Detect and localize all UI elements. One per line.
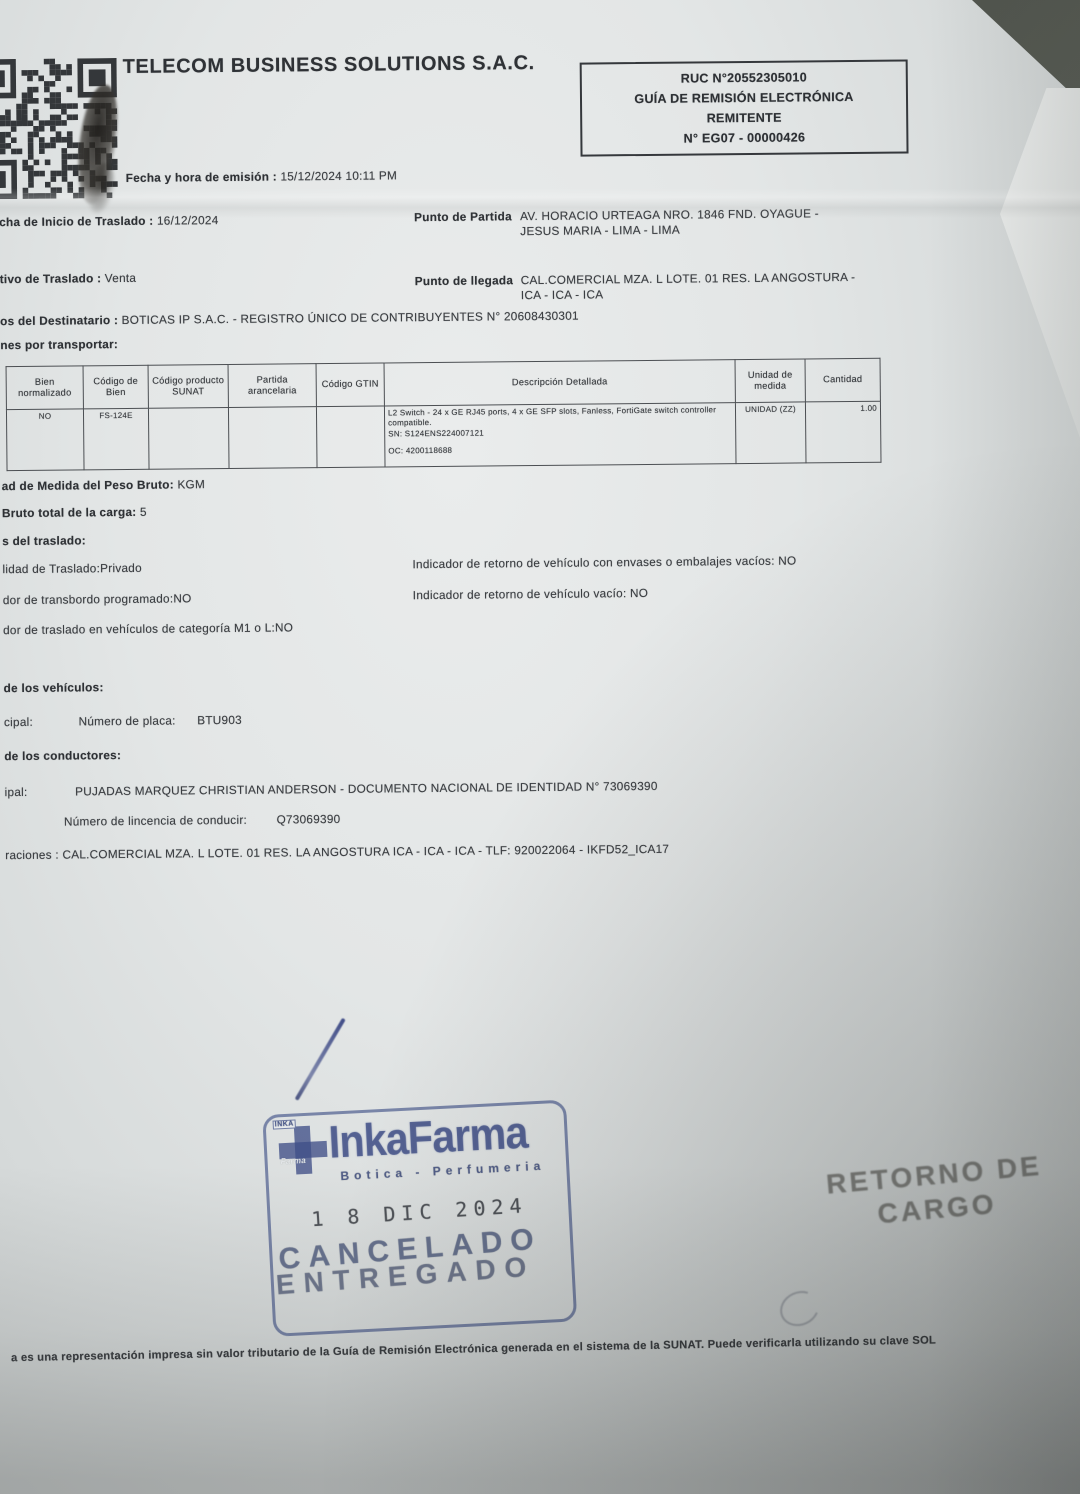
- cell-codigo-sunat: [148, 407, 229, 469]
- field-inicio-traslado: cha de Inicio de Traslado : 16/12/2024: [0, 213, 219, 229]
- column-header: Partida arancelaria: [228, 364, 316, 408]
- column-header: Descripción Detallada: [384, 360, 735, 406]
- cell-codigo-bien: FS-124E: [83, 408, 149, 470]
- field-destinatario: os del Destinatario : BOTICAS IP S.A.C. …: [0, 309, 579, 329]
- cell-codigo-gtin: [316, 406, 385, 468]
- doc-id-box: RUC N°20552305010 GUÍA DE REMISIÓN ELECT…: [580, 59, 909, 156]
- pen-stroke: [295, 1018, 346, 1101]
- photo-of-document: TELECOM BUSINESS SOLUTIONS S.A.C. RUC N°…: [0, 0, 1080, 1494]
- inkafarma-stamp: INKA Farma InkaFarma Botica - Perfumeria…: [262, 1100, 577, 1337]
- punto-partida-value: AV. HORACIO URTEAGA NRO. 1846 FND. OYAGU…: [520, 206, 860, 239]
- column-header: Código GTIN: [316, 363, 384, 407]
- cell-descripcion: L2 Switch - 24 x GE RJ45 ports, 4 x GE S…: [384, 403, 736, 467]
- stamp-wordmark: InkaFarma: [327, 1107, 528, 1169]
- document: TELECOM BUSINESS SOLUTIONS S.A.C. RUC N°…: [0, 0, 1080, 1494]
- field-observaciones: raciones : CAL.COMERCIAL MZA. L LOTE. 01…: [5, 842, 669, 862]
- emission-line: Fecha y hora de emisión : 15/12/2024 10:…: [126, 168, 397, 185]
- column-header: Cantidad: [805, 358, 880, 402]
- goods-table: Bien normalizado Código de Bien Código p…: [6, 358, 882, 471]
- company-name: TELECOM BUSINESS SOLUTIONS S.A.C.: [123, 52, 535, 79]
- stamp-logo-farma: Farma: [280, 1156, 306, 1166]
- field-retorno-vacio: Indicador de retorno de vehículo vacío: …: [413, 586, 649, 602]
- column-header: Código producto SUNAT: [148, 364, 228, 408]
- field-peso-total: Bruto total de la carga: 5: [2, 505, 147, 520]
- descripcion-line2: SN: S124ENS224007121: [388, 426, 732, 440]
- section-datos-traslado: s del traslado:: [2, 533, 86, 548]
- field-categoria-m1: dor de traslado en vehículos de categorí…: [3, 620, 293, 637]
- column-header: Unidad de medida: [735, 359, 805, 403]
- doc-number: N° EG07 - 00000426: [584, 126, 904, 149]
- pen-circle-mark: [774, 1285, 825, 1333]
- field-licencia: Número de lincencia de conducir: Q730693…: [64, 812, 341, 829]
- column-header: Bien normalizado: [6, 366, 83, 410]
- field-peso-unidad: ad de Medida del Peso Bruto: KGM: [2, 477, 205, 493]
- descripcion-line3: OC: 4200118688: [388, 443, 732, 457]
- field-motivo-traslado: tivo de Traslado : Venta: [0, 271, 136, 286]
- inkafarma-cross-icon: INKA Farma: [276, 1123, 331, 1178]
- section-conductores: de los conductores:: [4, 748, 121, 763]
- footer-disclaimer: a es una representación impresa sin valo…: [11, 1332, 1073, 1364]
- field-retorno-envases: Indicador de retorno de vehículo con env…: [412, 554, 796, 572]
- field-transbordo: dor de transbordo programado:NO: [3, 591, 192, 607]
- section-bienes: nes por transportar:: [0, 337, 118, 352]
- table-row: NO FS-124E L2 Switch - 24 x GE RJ45 port…: [6, 401, 881, 470]
- retorno-cargo-watermark: RETORNO DE CARGO: [803, 1147, 1068, 1238]
- cell-unidad: UNIDAD (ZZ): [735, 402, 806, 464]
- punto-partida-label: Punto de Partida: [414, 209, 512, 224]
- cell-cantidad: 1.00: [805, 401, 881, 463]
- field-conductor: ipal: PUJADAS MARQUEZ CHRISTIAN ANDERSON…: [5, 779, 658, 799]
- emission-label: Fecha y hora de emisión :: [126, 170, 277, 185]
- stamp-logo-tag: INKA: [273, 1119, 297, 1129]
- cell-partida-arancelaria: [228, 407, 317, 469]
- punto-llegada-label: Punto de llegada: [415, 273, 514, 288]
- punto-llegada-value: CAL.COMERCIAL MZA. L LOTE. 01 RES. LA AN…: [521, 270, 873, 303]
- field-placa: cipal: Número de placa: BTU903: [4, 713, 242, 729]
- column-header: Código de Bien: [83, 365, 148, 409]
- section-vehiculos: de los vehículos:: [4, 680, 104, 695]
- cell-bien-normalizado: NO: [6, 409, 84, 471]
- emission-value: 15/12/2024 10:11 PM: [280, 168, 397, 183]
- field-modalidad: lidad de Traslado:Privado: [2, 561, 142, 576]
